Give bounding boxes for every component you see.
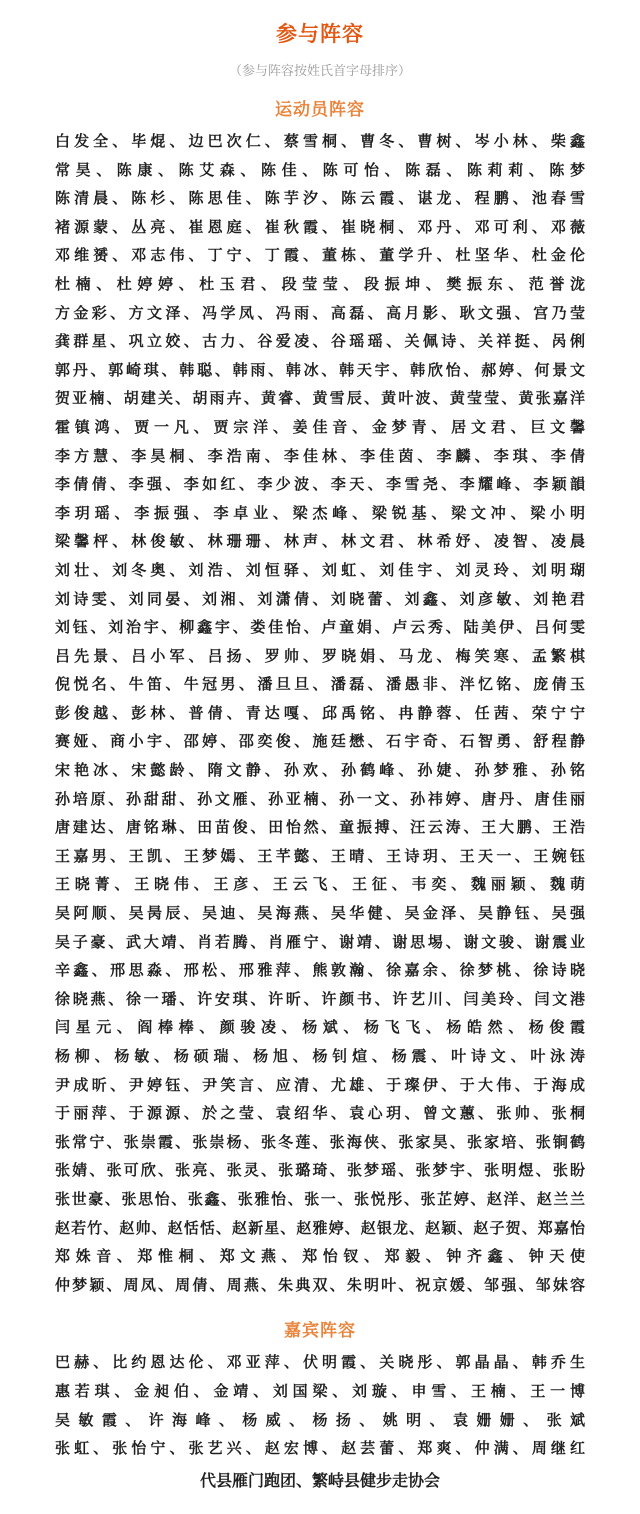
athlete-name-line: 彭俊越、彭林、普倩、青达嘎、邱禹铭、冉静蓉、任茜、荣宁宁	[55, 700, 585, 729]
athlete-name-line: 李玥瑶、李振强、李卓业、梁杰峰、梁锐基、梁文冲、梁小明	[55, 500, 585, 529]
guests-name-list: 巴赫、比约恩达伦、邓亚萍、伏明霞、关晓彤、郭晶晶、韩乔生惠若琪、金昶伯、金靖、刘…	[55, 1349, 585, 1463]
athlete-name-line: 吴阿顺、吴昺辰、吴迪、吴海燕、吴华健、吴金泽、吴静钰、吴强	[55, 900, 585, 929]
athlete-name-line: 李倩倩、李强、李如红、李少波、李天、李雪尧、李耀峰、李颖韻	[55, 471, 585, 500]
athlete-name-line: 常昊、陈康、陈艾森、陈佳、陈可怡、陈磊、陈莉莉、陈梦	[55, 157, 585, 186]
athlete-name-line: 龚群星、巩立姣、古力、谷爱凌、谷瑶瑶、关佩诗、关祥挺、呙俐	[55, 328, 585, 357]
guest-name-line: 吴敏霞、许海峰、杨威、杨扬、姚明、袁姗姗、张斌	[55, 1407, 585, 1436]
page-title: 参与阵容	[55, 18, 585, 48]
page-subtitle: （参与阵容按姓氏首字母排序）	[55, 60, 585, 79]
athlete-name-line: 闫星元、阎棒棒、颜骏凌、杨斌、杨飞飞、杨皓然、杨俊霞	[55, 1014, 585, 1043]
athlete-name-line: 赛娅、商小宇、邵婷、邵奕俊、施廷懋、石宇奇、石智勇、舒程静	[55, 728, 585, 757]
athlete-name-line: 褚源蒙、丛亮、崔恩庭、崔秋霞、崔晓桐、邓丹、邓可利、邓薇	[55, 214, 585, 243]
athlete-name-line: 杜楠、杜婷婷、杜玉君、段莹莹、段振坤、樊振东、范誉泷	[55, 271, 585, 300]
athlete-name-line: 李方慧、李昊桐、李浩南、李佳林、李佳茵、李麟、李琪、李倩	[55, 443, 585, 472]
athlete-name-line: 郭丹、郭崎琪、韩聪、韩雨、韩冰、韩天宇、韩欣怡、郝婷、何景文	[55, 357, 585, 386]
athlete-name-line: 白发全、毕焜、边巴次仁、蔡雪桐、曹冬、曹树、岑小林、柴鑫	[55, 128, 585, 157]
athletes-section-heading: 运动员阵容	[55, 95, 585, 120]
athlete-name-line: 宋艳冰、宋懿龄、隋文静、孙欢、孙鹤峰、孙婕、孙梦雅、孙铭	[55, 757, 585, 786]
athlete-name-line: 唐建达、唐铭琳、田苗俊、田怡然、童振搏、汪云涛、王大鹏、王浩	[55, 814, 585, 843]
athlete-name-line: 张婧、张可欣、张亮、张灵、张璐琦、张梦瑶、张梦宇、张明煜、张盼	[55, 1157, 585, 1186]
athlete-name-line: 吕先景、吕小军、吕扬、罗帅、罗晓娟、马龙、梅笑寒、孟繁棋	[55, 643, 585, 672]
athlete-name-line: 张常宁、张崇霞、张崇杨、张冬莲、张海侠、张家昊、张家培、张锏鹤	[55, 1129, 585, 1158]
athletes-name-list: 白发全、毕焜、边巴次仁、蔡雪桐、曹冬、曹树、岑小林、柴鑫常昊、陈康、陈艾森、陈佳…	[55, 128, 585, 1300]
athlete-name-line: 仲梦颖、周凤、周倩、周燕、朱典双、朱明叶、祝京媛、邹强、邹妹容	[55, 1272, 585, 1301]
participants-page: 参与阵容 （参与阵容按姓氏首字母排序） 运动员阵容 白发全、毕焜、边巴次仁、蔡雪…	[0, 0, 640, 1514]
athlete-name-line: 陈清晨、陈杉、陈思佳、陈芋汐、陈云霞、谌龙、程鹏、池春雪	[55, 185, 585, 214]
athlete-name-line: 赵若竹、赵帅、赵恬恬、赵新星、赵雅婷、赵银龙、赵颖、赵子贺、郑嘉怡	[55, 1215, 585, 1244]
athlete-name-line: 贺亚楠、胡建关、胡雨卉、黄睿、黄雪辰、黄叶波、黄莹莹、黄张嘉洋	[55, 385, 585, 414]
athlete-name-line: 孙培原、孙甜甜、孙文雁、孙亚楠、孙一文、孙祎婷、唐丹、唐佳丽	[55, 786, 585, 815]
athlete-name-line: 倪悦名、牛笛、牛冠男、潘旦旦、潘磊、潘愚非、泮忆铭、庞倩玉	[55, 671, 585, 700]
athlete-name-line: 杨柳、杨敏、杨硕瑞、杨旭、杨钊煊、杨震、叶诗文、叶泳涛	[55, 1043, 585, 1072]
athlete-name-line: 于丽萍、于源源、於之莹、袁绍华、袁心玥、曾文蕙、张帅、张桐	[55, 1100, 585, 1129]
athlete-name-line: 辛鑫、邢思淼、邢松、邢雅萍、熊敦瀚、徐嘉余、徐梦桃、徐诗晓	[55, 957, 585, 986]
athlete-name-line: 刘壮、刘冬奥、刘浩、刘恒驿、刘虹、刘佳宇、刘灵玲、刘明瑚	[55, 557, 585, 586]
footer-organizations: 代县雁门跑团、繁峙县健步走协会	[55, 1468, 585, 1497]
athlete-name-line: 吴子豪、武大靖、肖若腾、肖雁宁、谢靖、谢思埸、谢文骏、谢震业	[55, 929, 585, 958]
athlete-name-line: 霍镇鸿、贾一凡、贾宗洋、姜佳音、金梦青、居文君、巨文馨	[55, 414, 585, 443]
athlete-name-line: 王晓菁、王晓伟、王彦、王云飞、王征、韦奕、魏丽颖、魏萌	[55, 871, 585, 900]
athlete-name-line: 刘钰、刘治宇、柳鑫宇、娄佳怡、卢童娟、卢云秀、陆美伊、吕何雯	[55, 614, 585, 643]
athlete-name-line: 郑姝音、郑惟桐、郑文燕、郑怡钗、郑毅、钟齐鑫、钟天使	[55, 1243, 585, 1272]
guests-section-heading: 嘉宾阵容	[55, 1316, 585, 1341]
guest-name-line: 张虹、张怡宁、张艺兴、赵宏博、赵芸蕾、郑爽、仲满、周继红	[55, 1435, 585, 1464]
guest-name-line: 惠若琪、金昶伯、金靖、刘国梁、刘璇、申雪、王楠、王一博	[55, 1378, 585, 1407]
athlete-name-line: 梁馨枰、林俊敏、林珊珊、林声、林文君、林希妤、凌智、凌晨	[55, 528, 585, 557]
athlete-name-line: 邓维赟、邓志伟、丁宁、丁霞、董栋、董学升、杜坚华、杜金伦	[55, 242, 585, 271]
athlete-name-line: 刘诗雯、刘同晏、刘湘、刘潇倩、刘晓蕾、刘鑫、刘彦敏、刘艳君	[55, 586, 585, 615]
athlete-name-line: 尹成昕、尹婷钰、尹笑言、应清、尤雄、于璨伊、于大伟、于海成	[55, 1072, 585, 1101]
athlete-name-line: 王嘉男、王凯、王梦嫣、王芊懿、王晴、王诗玥、王天一、王婉钰	[55, 843, 585, 872]
athlete-name-line: 徐晓燕、徐一璠、许安琪、许昕、许颜书、许艺川、闫美玲、闫文港	[55, 986, 585, 1015]
athlete-name-line: 张世豪、张思怡、张鑫、张雅怡、张一、张悦彤、张芷婷、赵洋、赵兰兰	[55, 1186, 585, 1215]
athlete-name-line: 方金彩、方文泽、冯学凤、冯雨、高磊、高月影、耿文强、宫乃莹	[55, 300, 585, 329]
guest-name-line: 巴赫、比约恩达伦、邓亚萍、伏明霞、关晓彤、郭晶晶、韩乔生	[55, 1349, 585, 1378]
